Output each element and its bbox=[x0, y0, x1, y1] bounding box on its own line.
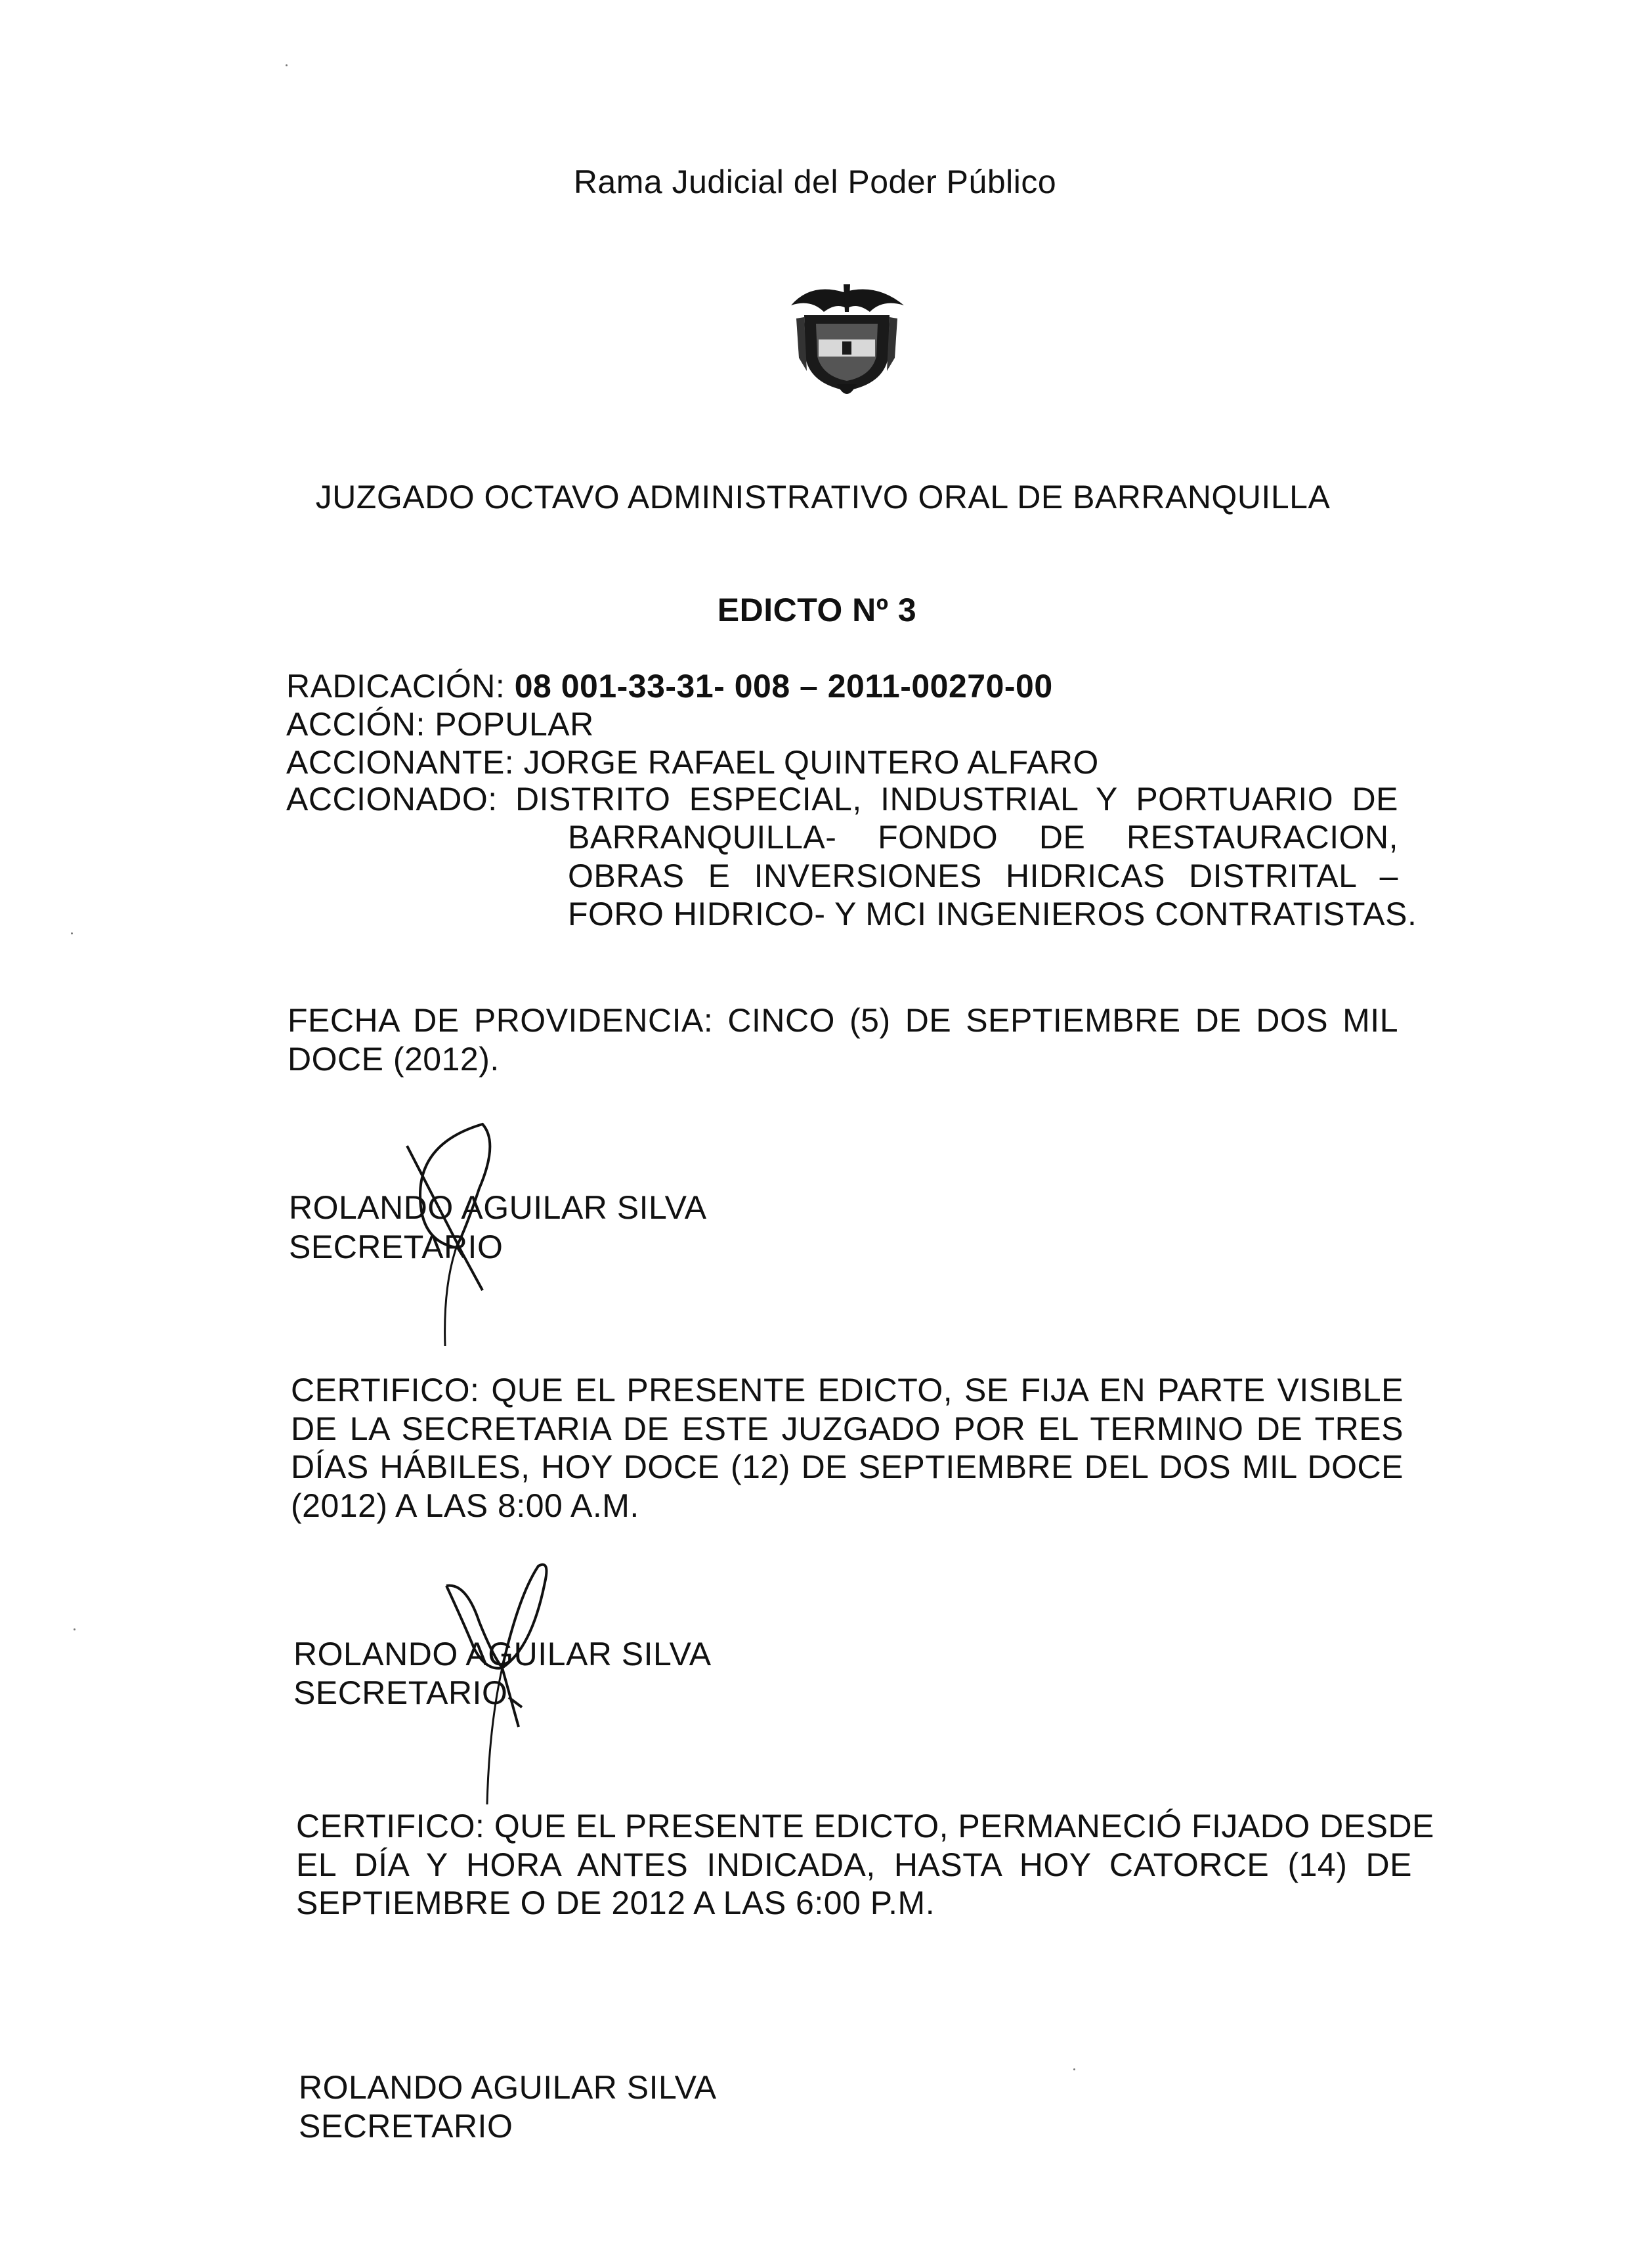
certificate-line: DÍAS HÁBILES, HOY DOCE (12) DE SEPTIEMBR… bbox=[291, 1448, 1404, 1487]
scan-speck bbox=[74, 1628, 75, 1630]
signer-role: SECRETARIO bbox=[293, 1674, 507, 1712]
accionado-first-line-block: DISTRITO ESPECIAL, INDUSTRIAL Y PORTUARI… bbox=[515, 780, 1398, 819]
colombia-coat-of-arms-icon bbox=[784, 279, 909, 404]
fecha-providencia: FECHA DE PROVIDENCIA: CINCO (5) DE SEPTI… bbox=[288, 1001, 1398, 1078]
court-name: JUZGADO OCTAVO ADMINISTRATIVO ORAL DE BA… bbox=[8, 478, 1630, 516]
certificate-fijacion: CERTIFICO: QUE EL PRESENTE EDICTO, SE FI… bbox=[291, 1371, 1404, 1525]
signer-name: ROLANDO AGUILAR SILVA bbox=[289, 1189, 707, 1227]
signer-name: ROLANDO AGUILAR SILVA bbox=[293, 1635, 712, 1673]
accionante-value: JORGE RAFAEL QUINTERO ALFARO bbox=[524, 744, 1099, 781]
accion-line: ACCIÓN: POPULAR bbox=[286, 705, 594, 743]
accionado-continued-block: BARRANQUILLA- FONDO DE RESTAURACION, OBR… bbox=[568, 818, 1398, 934]
certificate-line: (2012) A LAS 8:00 A.M. bbox=[291, 1487, 1404, 1525]
signer-role: SECRETARIO bbox=[289, 1228, 503, 1266]
signer-name: ROLANDO AGUILAR SILVA bbox=[299, 2068, 717, 2106]
scan-speck bbox=[71, 932, 73, 934]
accionado-line: FORO HIDRICO- Y MCI INGENIEROS CONTRATIS… bbox=[568, 895, 1398, 934]
accionado-line: DISTRITO ESPECIAL, INDUSTRIAL Y PORTUARI… bbox=[515, 780, 1398, 819]
radicacion-line: RADICACIÓN: 08 001-33-31- 008 – 2011-002… bbox=[286, 667, 1053, 705]
radicacion-label: RADICACIÓN: bbox=[286, 668, 515, 705]
certificate-desfijacion: CERTIFICO: QUE EL PRESENTE EDICTO, PERMA… bbox=[296, 1807, 1412, 1923]
accionante-label: ACCIONANTE: bbox=[286, 744, 524, 781]
accionado-label: ACCIONADO: bbox=[286, 780, 498, 818]
radicacion-value: 08 001-33-31- 008 – 2011-00270-00 bbox=[515, 668, 1053, 705]
accionante-line: ACCIONANTE: JORGE RAFAEL QUINTERO ALFARO bbox=[286, 743, 1099, 781]
accionado-line: BARRANQUILLA- FONDO DE RESTAURACION, bbox=[568, 818, 1398, 857]
signer-role: SECRETARIO bbox=[299, 2107, 513, 2145]
certificate-line: SEPTIEMBRE O DE 2012 A LAS 6:00 P.M. bbox=[296, 1884, 1412, 1923]
certificate-line: CERTIFICO: QUE EL PRESENTE EDICTO, SE FI… bbox=[291, 1371, 1404, 1410]
accion-value: POPULAR bbox=[435, 706, 593, 743]
accion-label: ACCIÓN: bbox=[286, 706, 435, 743]
branch-heading: Rama Judicial del Poder Público bbox=[0, 163, 1630, 201]
certificate-line: DE LA SECRETARIA DE ESTE JUZGADO POR EL … bbox=[291, 1410, 1404, 1449]
edict-title: EDICTO Nº 3 bbox=[2, 591, 1630, 629]
scan-speck bbox=[1073, 2068, 1075, 2070]
certificate-line: CERTIFICO: QUE EL PRESENTE EDICTO, PERMA… bbox=[296, 1807, 1412, 1846]
scan-speck bbox=[286, 64, 288, 66]
certificate-line: EL DÍA Y HORA ANTES INDICADA, HASTA HOY … bbox=[296, 1846, 1412, 1885]
accionado-line: OBRAS E INVERSIONES HIDRICAS DISTRITAL – bbox=[568, 857, 1398, 896]
fecha-line: FECHA DE PROVIDENCIA: CINCO (5) DE SEPTI… bbox=[288, 1001, 1398, 1040]
fecha-line: DOCE (2012). bbox=[288, 1040, 1398, 1079]
